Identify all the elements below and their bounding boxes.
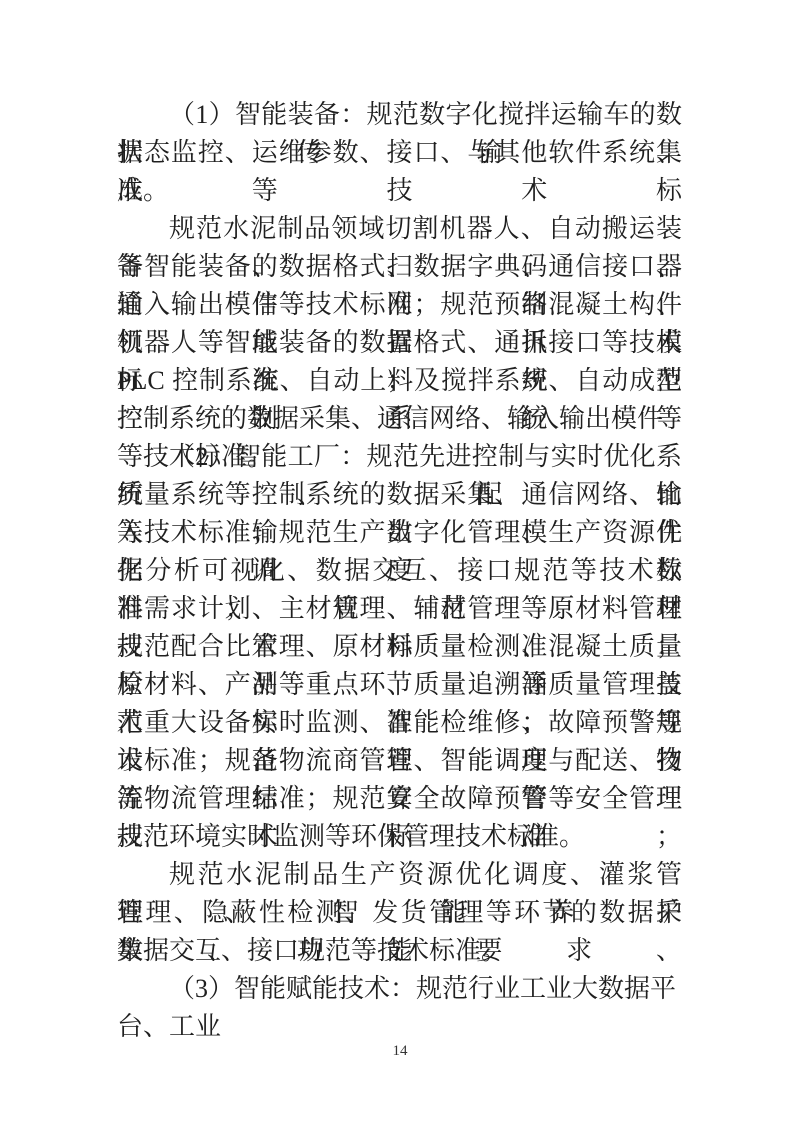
paragraph: （1）智能装备：规范数字化搅拌运输车的数据传输、状态监控、运维参数、接口、与其他… bbox=[117, 96, 682, 210]
text-line: 原材料、产品等重点环节质量追溯等质量管理技术标准；规 bbox=[117, 666, 682, 704]
text-line: 等物流管理标准；规范安全故障预警等安全管理技术标准； bbox=[117, 780, 682, 818]
text-line: 管理、隐蔽性检测、发货管理等环节的数据采集、功能要求、 bbox=[117, 894, 682, 932]
page-number: 14 bbox=[393, 1043, 408, 1059]
text-line: 等智能装备的数据格式、数据字典、通信接口、通信网络、 bbox=[117, 248, 682, 286]
paragraph: （2）智能工厂：规范先进控制与实时优化系统、配比质量系统等控制系统的数据采集、通… bbox=[117, 438, 682, 856]
text-line: 范重大设备实时监测、智能检维修、故障预警等设备管理技 bbox=[117, 704, 682, 742]
text-line: （1）智能装备：规范数字化搅拌运输车的数据传输、 bbox=[117, 96, 682, 134]
text-line: 料需求计划、主材管理、辅材管理等原材料管理技术标准； bbox=[117, 590, 682, 628]
text-line: 机器人等智能装备的数据格式、通讯接口等技术标准；规范 bbox=[117, 324, 682, 362]
text-line: 规范水泥制品生产资源优化调度、灌浆管理、智能养护 bbox=[117, 856, 682, 894]
page-footer: 14 bbox=[0, 1042, 800, 1060]
paragraph: 规范水泥制品生产资源优化调度、灌浆管理、智能养护管理、隐蔽性检测、发货管理等环节… bbox=[117, 856, 682, 970]
document-page: （1）智能装备：规范数字化搅拌运输车的数据传输、状态监控、运维参数、接口、与其他… bbox=[0, 0, 800, 1131]
text-line: 术标准；规范物流商管理、智能调度与配送、物流结算管理 bbox=[117, 742, 682, 780]
text-line: 输入输出模件等技术标准；规范预制混凝土构件领域置拆模 bbox=[117, 286, 682, 324]
text-line: 控制系统的数据采集、通信网络、输入输出模件等技术标准。 bbox=[117, 400, 682, 438]
text-line: （2）智能工厂：规范先进控制与实时优化系统、配比 bbox=[117, 438, 682, 476]
text-line: 据分析可视化、数据交互、接口规范等技术标准；规范原材 bbox=[117, 552, 682, 590]
text-line: 规范水泥制品领域切割机器人、自动搬运装备、扫码器 bbox=[117, 210, 682, 248]
text-line: 规范配合比管理、原材料质量检测、混凝土质量检测、涵盖 bbox=[117, 628, 682, 666]
document-body: （1）智能装备：规范数字化搅拌运输车的数据传输、状态监控、运维参数、接口、与其他… bbox=[117, 96, 682, 1008]
text-line: 质量系统等控制系统的数据采集、通信网络、输入输出模件 bbox=[117, 476, 682, 514]
text-line: 等技术标准；规范生产数字化管理、生产资源优化调度、数 bbox=[117, 514, 682, 552]
paragraph: （3）智能赋能技术：规范行业工业大数据平台、工业 bbox=[117, 970, 682, 1008]
paragraph: 规范水泥制品领域切割机器人、自动搬运装备、扫码器等智能装备的数据格式、数据字典、… bbox=[117, 210, 682, 438]
text-line: （3）智能赋能技术：规范行业工业大数据平台、工业 bbox=[117, 970, 682, 1008]
text-line: PLC 控制系统、自动上料及搅拌系统、自动成型控制系统等 bbox=[117, 362, 682, 400]
text-line: 状态监控、运维参数、接口、与其他软件系统集成等技术标 bbox=[117, 134, 682, 172]
